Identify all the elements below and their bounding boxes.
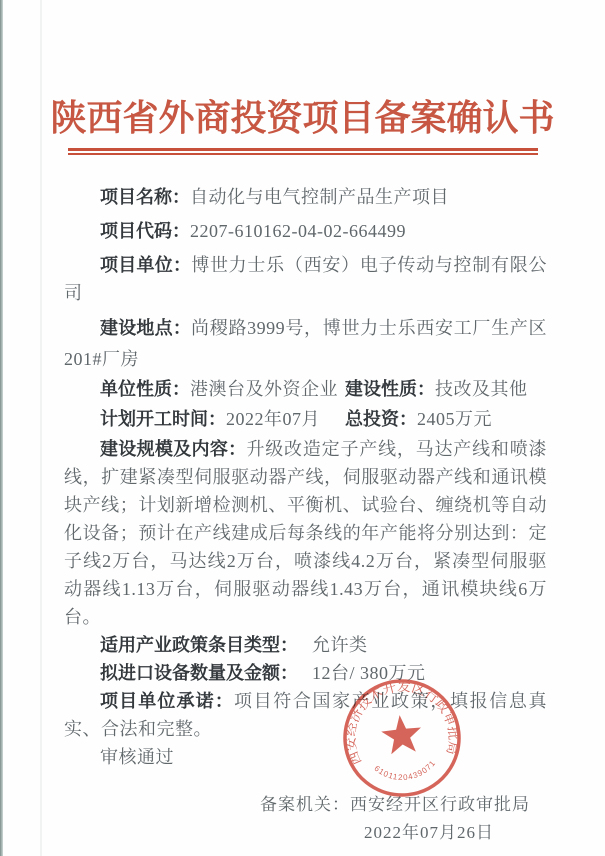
- scan-edge-artifact: [0, 0, 3, 856]
- field-unit-promise: 项目单位承诺：项目符合国家产业政策，填报信息真实、合法和完整。: [64, 687, 547, 743]
- field-label: 总投资：: [345, 409, 417, 429]
- field-label: 项目代码：: [100, 221, 190, 241]
- field-label: 备案机关：: [260, 795, 350, 814]
- field-label: 项目单位承诺：: [100, 691, 234, 711]
- row-nature: 单位性质：港澳台及外资企业 建设性质：技改及其他: [64, 375, 547, 403]
- field-value: 2022年07月: [226, 409, 320, 429]
- field-label: 计划开工时间：: [100, 409, 226, 429]
- field-total-investment: 总投资：2405万元: [345, 405, 492, 433]
- field-label: 适用产业政策条目类型：: [100, 635, 298, 655]
- field-project-code: 项目代码：2207-610162-04-02-664499: [64, 217, 547, 245]
- field-value: 港澳台及外资企业: [190, 379, 338, 399]
- field-construction-site: 建设地点：尚稷路3999号，博世力士乐西安工厂生产区201#厂房: [64, 313, 547, 375]
- field-value: 允许类: [312, 635, 368, 655]
- filing-date: 2022年07月26日: [364, 819, 547, 847]
- field-value: 技改及其他: [435, 379, 528, 399]
- document-body: 项目名称：自动化与电气控制产品生产项目 项目代码：2207-610162-04-…: [64, 183, 547, 847]
- field-label: 建设地点：: [100, 318, 191, 338]
- field-label: 项目名称：: [100, 187, 190, 207]
- field-label: 项目单位：: [100, 255, 191, 275]
- row-schedule: 计划开工时间：2022年07月 总投资：2405万元: [64, 405, 547, 433]
- document-page: 陕西省外商投资项目备案确认书 项目名称：自动化与电气控制产品生产项目 项目代码：…: [0, 0, 605, 856]
- field-project-unit: 项目单位：博世力士乐（西安）电子传动与控制有限公司: [64, 251, 547, 307]
- field-value: 自动化与电气控制产品生产项目: [190, 187, 449, 207]
- field-project-name: 项目名称：自动化与电气控制产品生产项目: [64, 183, 547, 211]
- official-seal-stamp: 西安经济技术开发区行政审批局 6101120439071: [334, 670, 470, 806]
- field-label: 单位性质：: [100, 379, 190, 399]
- field-value: 2405万元: [417, 409, 492, 429]
- title-underline: [68, 148, 538, 155]
- field-value: 升级改造定子产线，马达产线和喷漆线，扩建紧凑型伺服驱动器产线，伺服驱动器产线和通…: [64, 439, 547, 627]
- field-policy-type: 适用产业政策条目类型：允许类: [64, 631, 547, 659]
- field-planned-start: 计划开工时间：2022年07月: [100, 405, 345, 433]
- field-scale-content: 建设规模及内容：升级改造定子产线，马达产线和喷漆线，扩建紧凑型伺服驱动器产线，伺…: [64, 435, 547, 631]
- field-label: 建设性质：: [345, 379, 435, 399]
- field-unit-nature: 单位性质：港澳台及外资企业: [100, 375, 345, 403]
- review-status: 审核通过: [64, 743, 547, 771]
- star-icon: [380, 713, 424, 755]
- field-label: 建设规模及内容：: [100, 439, 246, 459]
- seal-code: 6101120439071: [372, 758, 439, 786]
- field-import-equipment: 拟进口设备数量及金额：12台/ 380万元: [64, 659, 547, 687]
- field-value: 2207-610162-04-02-664499: [190, 221, 406, 241]
- field-construction-nature: 建设性质：技改及其他: [345, 375, 528, 403]
- scan-fold-artifact: [40, 0, 42, 856]
- document-title: 陕西省外商投资项目备案确认书: [0, 96, 605, 140]
- field-label: 拟进口设备数量及金额：: [100, 663, 298, 683]
